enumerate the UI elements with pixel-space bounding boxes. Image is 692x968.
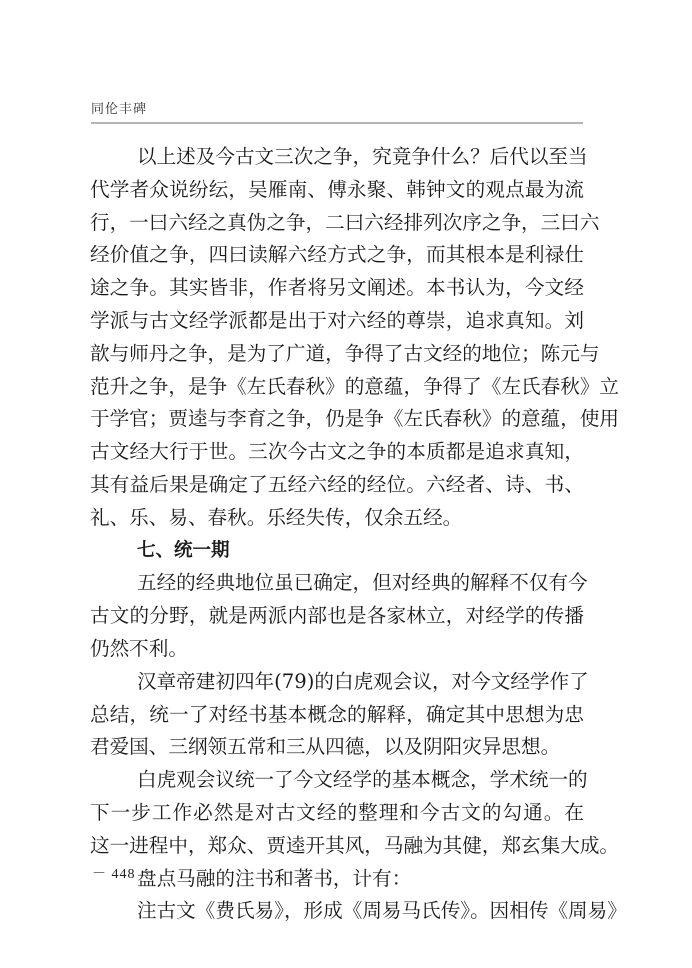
text-line: 其有益后果是确定了五经六经的经位。六经者、诗、书、 [90,469,584,502]
page-number: － 448 － [92,863,155,883]
text-line: 五经的经典地位虽已确定，但对经典的解释不仅有今 [90,567,584,600]
running-title: 同伦丰碑 [91,101,583,119]
text-line: 汉章帝建初四年(79)的白虎观会议，对今文经学作了 [90,666,584,699]
text-line: 途之争。其实皆非，作者将另文阐述。本书认为，今文经 [90,272,584,305]
text-line: 古文经大行于世。三次今古文之争的本质都是追求真知， [90,436,584,469]
body-text: 以上述及今古文三次之争，究竟争什么？后代以至当 代学者众说纷纭，吴雁南、傅永聚、… [90,141,584,928]
text-line: 范升之争，是争《左氏春秋》的意蕴，争得了《左氏春秋》立 [90,371,584,404]
text-line: 下一步工作必然是对古文经的整理和今古文的勾通。在 [90,797,584,830]
header-divider [91,122,583,124]
text-line: 代学者众说纷纭，吴雁南、傅永聚、韩钟文的观点最为流 [90,174,584,207]
text-line: 君爱国、三纲领五常和三从四德，以及阴阳灾异思想。 [90,731,584,764]
text-line: 总结，统一了对经书基本概念的解释，确定其中思想为忠 [90,699,584,732]
text-line: 以上述及今古文三次之争，究竟争什么？后代以至当 [90,141,584,174]
text-line: 白虎观会议统一了今文经学的基本概念，学术统一的 [90,764,584,797]
text-line: 这一进程中，郑众、贾逵开其风，马融为其健，郑玄集大成。 [90,830,584,863]
text-line: 于学官；贾逵与李育之争，仍是争《左氏春秋》的意蕴，使用 [90,403,584,436]
text-line: 歆与师丹之争，是为了广道，争得了古文经的地位；陈元与 [90,338,584,371]
text-line: 行，一曰六经之真伪之争，二曰六经排列次序之争，三曰六 [90,207,584,240]
text-line: 古文的分野，就是两派内部也是各家林立，对经学的传播 [90,600,584,633]
text-line: 仍然不利。 [90,633,584,666]
text-line: 经价值之争，四曰读解六经方式之争，而其根本是利禄仕 [90,239,584,272]
text-line: 礼、乐、易、春秋。乐经失传，仅余五经。 [90,502,584,535]
text-line: 学派与古文经学派都是出于对六经的尊崇，追求真知。刘 [90,305,584,338]
text-line: 盘点马融的注书和著书，计有： [90,863,584,896]
section-heading: 七、统一期 [90,535,584,568]
running-header: 同伦丰碑 [91,101,583,119]
text-line: 注古文《费氏易》，形成《周易马氏传》。因相传《周易》 [90,895,584,928]
